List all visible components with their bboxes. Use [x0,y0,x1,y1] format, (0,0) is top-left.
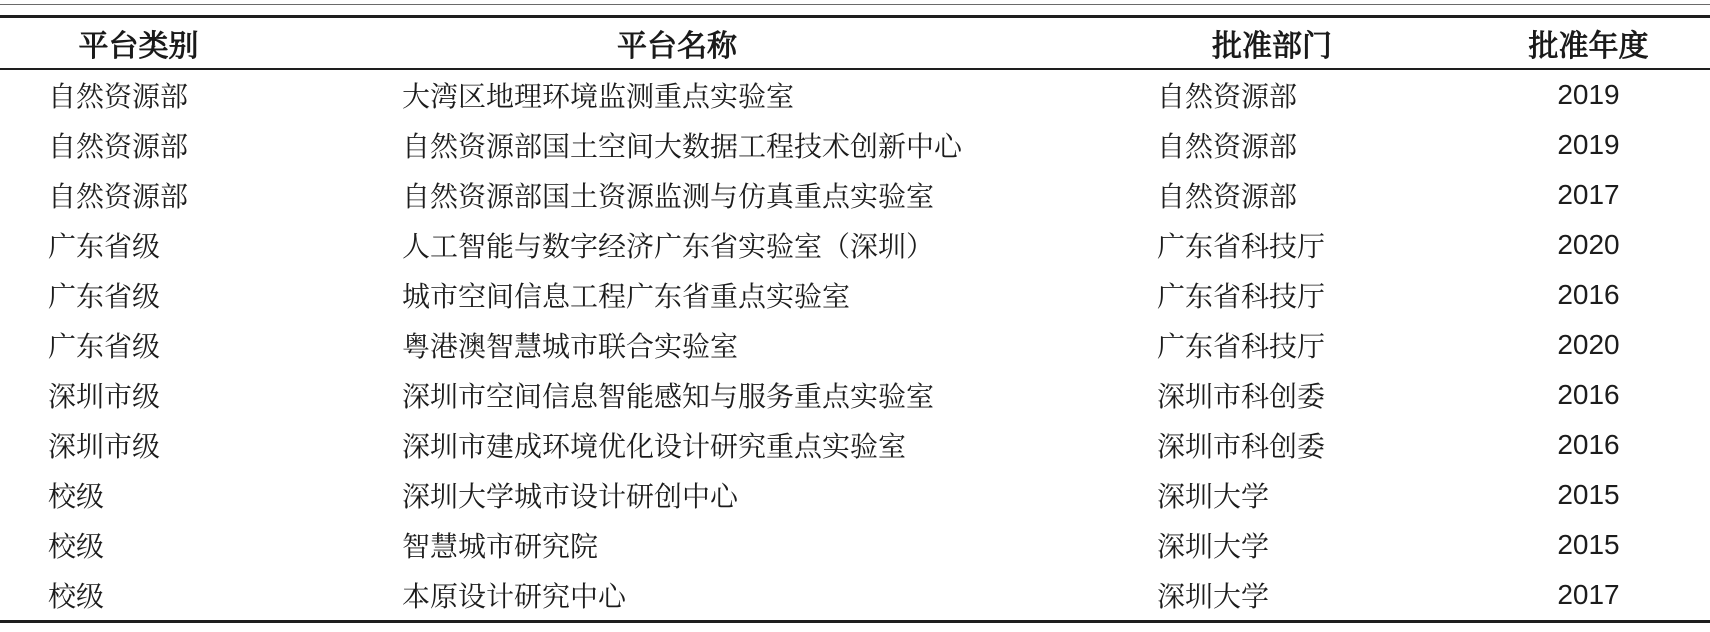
cell-category: 自然资源部 [0,69,277,120]
cell-department: 广东省科技厅 [1077,270,1467,320]
table-row: 自然资源部 大湾区地理环境监测重点实验室 自然资源部 2019 [0,69,1710,120]
cell-year: 2020 [1467,320,1710,370]
cell-year: 2016 [1467,270,1710,320]
header-platform-name: 平台名称 [277,17,1077,70]
cell-year: 2019 [1467,120,1710,170]
table-row: 深圳市级 深圳市建成环境优化设计研究重点实验室 深圳市科创委 2016 [0,420,1710,470]
cell-department: 深圳大学 [1077,520,1467,570]
cell-year: 2017 [1467,570,1710,622]
table-row: 校级 深圳大学城市设计研创中心 深圳大学 2015 [0,470,1710,520]
cell-category: 校级 [0,520,277,570]
table-row: 广东省级 城市空间信息工程广东省重点实验室 广东省科技厅 2016 [0,270,1710,320]
table-row: 校级 智慧城市研究院 深圳大学 2015 [0,520,1710,570]
cell-category: 深圳市级 [0,370,277,420]
cell-department: 深圳大学 [1077,570,1467,622]
cell-department: 深圳市科创委 [1077,420,1467,470]
cell-year: 2016 [1467,370,1710,420]
cell-category: 自然资源部 [0,120,277,170]
table-row: 自然资源部 自然资源部国土空间大数据工程技术创新中心 自然资源部 2019 [0,120,1710,170]
cell-category: 广东省级 [0,320,277,370]
header-approving-department: 批准部门 [1077,17,1467,70]
cell-name: 深圳市空间信息智能感知与服务重点实验室 [277,370,1077,420]
cell-name: 智慧城市研究院 [277,520,1077,570]
cell-department: 自然资源部 [1077,170,1467,220]
cell-department: 深圳市科创委 [1077,370,1467,420]
cell-department: 自然资源部 [1077,120,1467,170]
cell-year: 2020 [1467,220,1710,270]
cell-department: 深圳大学 [1077,470,1467,520]
table-page: 平台类别 平台名称 批准部门 批准年度 自然资源部 大湾区地理环境监测重点实验室… [0,0,1710,632]
cell-year: 2019 [1467,69,1710,120]
table-row: 广东省级 人工智能与数字经济广东省实验室（深圳） 广东省科技厅 2020 [0,220,1710,270]
cell-year: 2015 [1467,470,1710,520]
table-row: 自然资源部 自然资源部国土资源监测与仿真重点实验室 自然资源部 2017 [0,170,1710,220]
header-approval-year: 批准年度 [1467,17,1710,70]
cell-year: 2016 [1467,420,1710,470]
cell-department: 广东省科技厅 [1077,320,1467,370]
table-row: 校级 本原设计研究中心 深圳大学 2017 [0,570,1710,622]
cell-year: 2015 [1467,520,1710,570]
cell-name: 城市空间信息工程广东省重点实验室 [277,270,1077,320]
table-row: 广东省级 粤港澳智慧城市联合实验室 广东省科技厅 2020 [0,320,1710,370]
cell-name: 人工智能与数字经济广东省实验室（深圳） [277,220,1077,270]
cell-name: 深圳大学城市设计研创中心 [277,470,1077,520]
cell-name: 大湾区地理环境监测重点实验室 [277,69,1077,120]
cell-category: 自然资源部 [0,170,277,220]
top-thin-rule [0,4,1710,5]
cell-name: 本原设计研究中心 [277,570,1077,622]
cell-name: 粤港澳智慧城市联合实验室 [277,320,1077,370]
cell-category: 广东省级 [0,220,277,270]
header-row: 平台类别 平台名称 批准部门 批准年度 [0,17,1710,70]
cell-name: 深圳市建成环境优化设计研究重点实验室 [277,420,1077,470]
cell-year: 2017 [1467,170,1710,220]
cell-category: 校级 [0,570,277,622]
cell-category: 广东省级 [0,270,277,320]
cell-name: 自然资源部国土资源监测与仿真重点实验室 [277,170,1077,220]
header-platform-category: 平台类别 [0,17,277,70]
cell-department: 自然资源部 [1077,69,1467,120]
table-row: 深圳市级 深圳市空间信息智能感知与服务重点实验室 深圳市科创委 2016 [0,370,1710,420]
cell-department: 广东省科技厅 [1077,220,1467,270]
cell-name: 自然资源部国土空间大数据工程技术创新中心 [277,120,1077,170]
research-platform-table: 平台类别 平台名称 批准部门 批准年度 自然资源部 大湾区地理环境监测重点实验室… [0,15,1710,623]
cell-category: 深圳市级 [0,420,277,470]
cell-category: 校级 [0,470,277,520]
